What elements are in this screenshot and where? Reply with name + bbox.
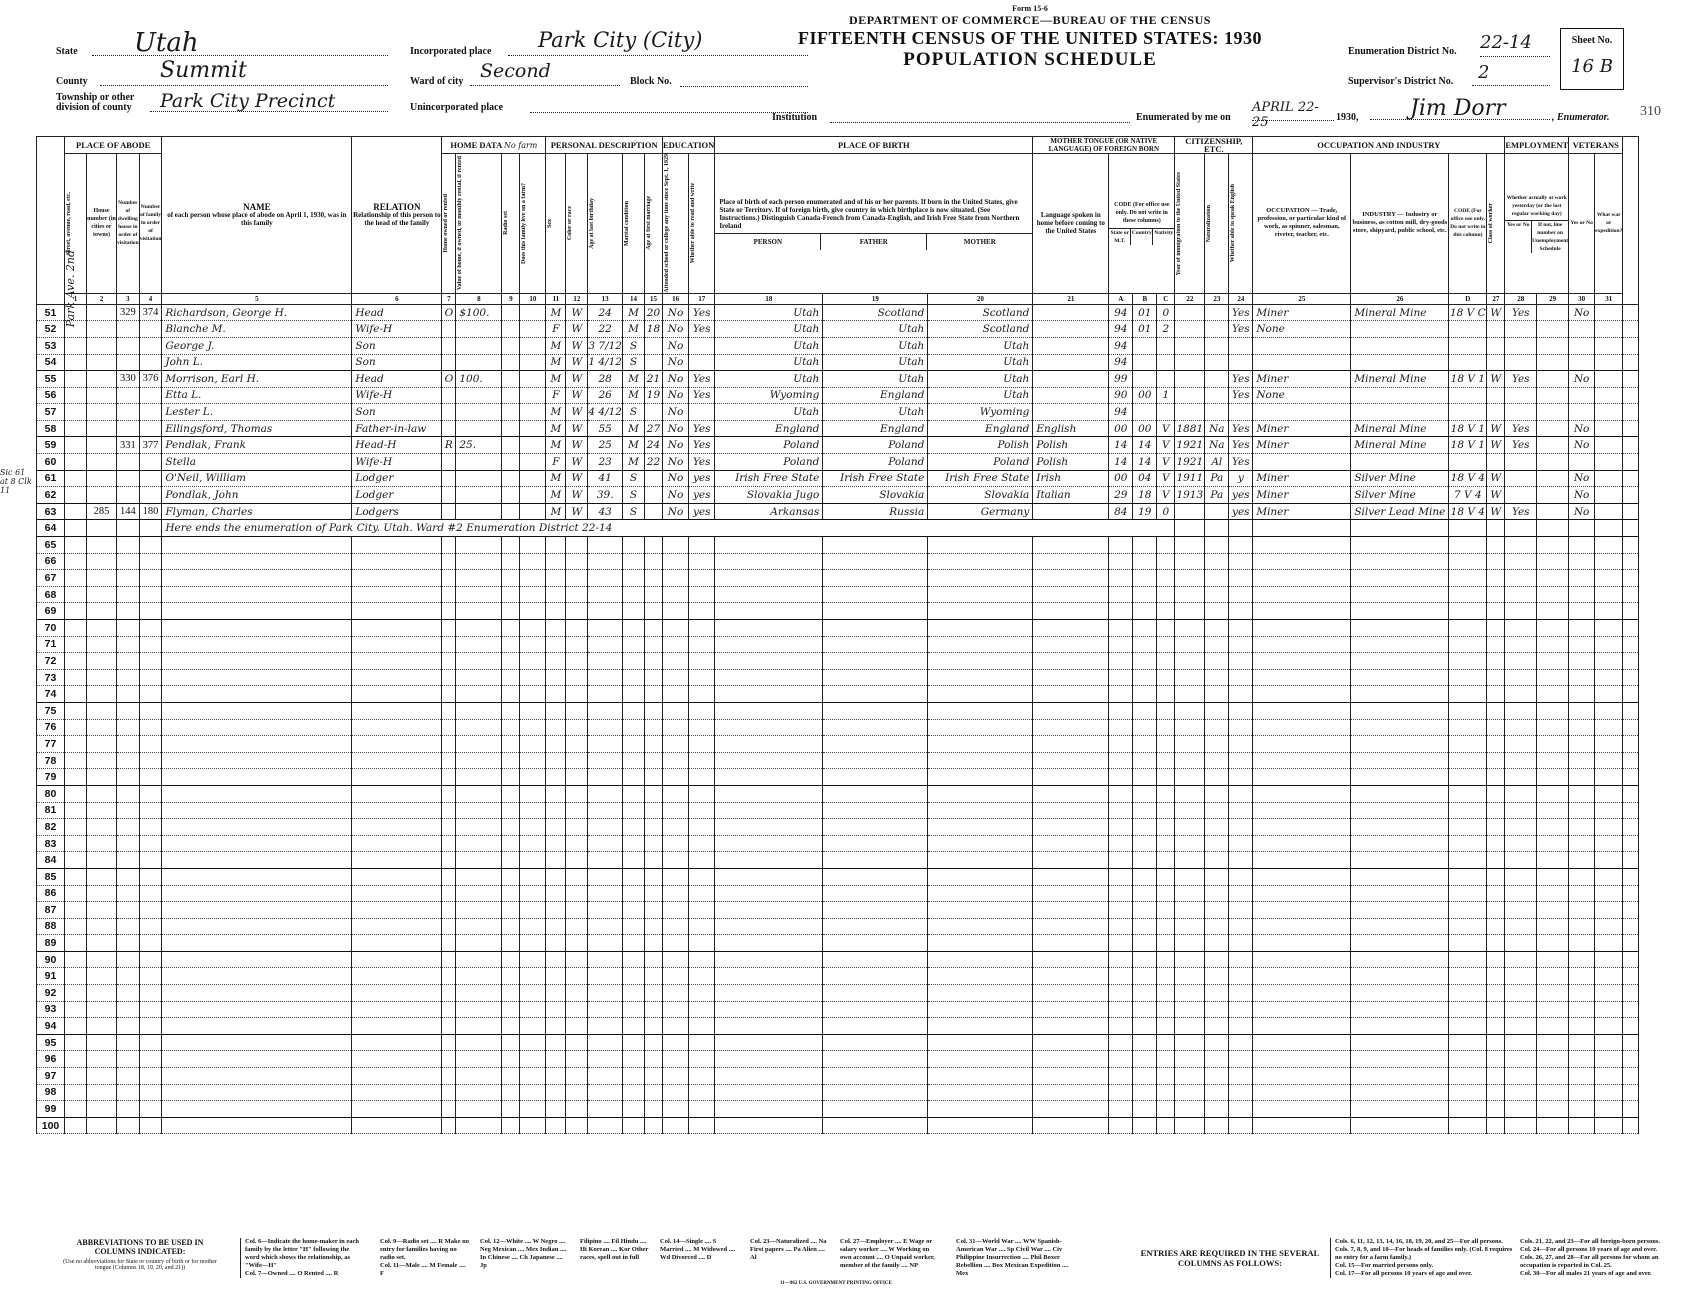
empty-cell — [162, 736, 352, 753]
immigration-cell: 1921 — [1175, 437, 1205, 454]
empty-cell — [1175, 985, 1205, 1002]
empty-cell — [715, 868, 823, 885]
empty-cell — [1505, 1034, 1537, 1051]
empty-cell — [139, 1018, 162, 1035]
empty-cell — [442, 885, 456, 902]
empty-cell — [689, 702, 715, 719]
occ-code-cell — [1449, 337, 1487, 354]
code-b-cell: 00 — [1133, 387, 1157, 404]
empty-cell — [456, 1018, 502, 1035]
empty-cell — [1505, 935, 1537, 952]
empty-cell — [1133, 603, 1157, 620]
empty-cell — [520, 1001, 546, 1018]
empty-cell — [65, 520, 87, 537]
empty-cell — [1175, 935, 1205, 952]
empty-cell — [456, 702, 502, 719]
table-row: 59331377Pendlak, FrankHead-HR25.MW25M24N… — [37, 437, 1661, 454]
english-cell: y — [1229, 470, 1253, 487]
c32-cell — [1623, 321, 1639, 338]
empty-cell — [117, 537, 140, 554]
age-marriage-cell — [644, 337, 662, 354]
empty-cell — [622, 769, 644, 786]
empty-cell — [456, 1001, 502, 1018]
empty-cell — [689, 951, 715, 968]
empty-cell — [546, 1084, 566, 1101]
immigration-head: Year of immigration to the United States — [1175, 154, 1205, 294]
empty-cell — [1033, 586, 1109, 603]
empty-cell — [823, 902, 928, 919]
read-cell: Yes — [689, 371, 715, 388]
empty-cell — [442, 620, 456, 637]
empty-cell — [928, 935, 1033, 952]
empty-cell — [588, 1034, 623, 1051]
dwelling-cell — [117, 487, 140, 504]
empty-cell — [566, 620, 588, 637]
personal-group-head: PERSONAL DESCRIPTION — [546, 137, 663, 154]
birth-person-cell: Irish Free State — [715, 470, 823, 487]
radio-cell — [502, 321, 520, 338]
industry-head: INDUSTRY — Industry or business, as cott… — [1351, 154, 1449, 294]
line-number: 71 — [37, 636, 65, 653]
empty-cell — [662, 868, 688, 885]
english-cell: Yes — [1229, 321, 1253, 338]
table-row: 62Pondlak, JohnLodgerMW39.SNoyesSlovakia… — [37, 487, 1661, 504]
empty-cell — [502, 653, 520, 670]
birth-person-cell: Utah — [715, 404, 823, 421]
age-cell: 25 — [588, 437, 623, 454]
empty-cell — [662, 669, 688, 686]
age-cell: 4 4/12 — [588, 404, 623, 421]
relation-cell: Wife-H — [352, 321, 442, 338]
empty-cell — [162, 902, 352, 919]
empty-cell — [1505, 653, 1537, 670]
empty-cell — [715, 785, 823, 802]
empty-cell — [139, 603, 162, 620]
empty-cell — [1505, 1068, 1537, 1085]
dwelling-cell — [117, 404, 140, 421]
war-cell — [1595, 454, 1623, 471]
empty-cell — [1033, 1001, 1109, 1018]
empty-cell — [823, 819, 928, 836]
empty-cell — [662, 1051, 688, 1068]
empty-cell — [87, 669, 117, 686]
empty-cell — [1157, 885, 1175, 902]
table-row: 57Lester L.SonMW4 4/12SNoUtahUtahWyoming… — [37, 404, 1661, 421]
empty-cell — [1505, 902, 1537, 919]
code-c-cell: V — [1157, 420, 1175, 437]
empty-cell — [622, 968, 644, 985]
empty-cell — [689, 968, 715, 985]
empty-cell — [520, 852, 546, 869]
empty-cell — [823, 868, 928, 885]
empty-cell — [1595, 968, 1623, 985]
language-cell: Irish — [1033, 470, 1109, 487]
empty-cell — [644, 819, 662, 836]
empty-cell — [1109, 1051, 1133, 1068]
empty-cell — [1595, 702, 1623, 719]
street-cell — [65, 454, 87, 471]
empty-cell — [1569, 1117, 1595, 1134]
empty-cell — [1133, 686, 1157, 703]
empty-cell — [442, 968, 456, 985]
occ-code-cell — [1449, 354, 1487, 371]
table-row: 83 — [37, 835, 1661, 852]
empty-cell — [644, 553, 662, 570]
empty-cell — [139, 686, 162, 703]
empty-cell — [87, 719, 117, 736]
age-cell: 24 — [588, 304, 623, 321]
empty-cell — [715, 985, 823, 1002]
read-cell — [689, 354, 715, 371]
line-number: 74 — [37, 686, 65, 703]
empty-cell — [588, 769, 623, 786]
empty-cell — [1595, 1084, 1623, 1101]
unemp-line-cell — [1537, 304, 1569, 321]
empty-cell — [117, 968, 140, 985]
table-row: 81 — [37, 802, 1661, 819]
empty-cell — [1351, 885, 1449, 902]
empty-cell — [502, 1117, 520, 1134]
empty-cell — [1569, 719, 1595, 736]
empty-cell — [1449, 702, 1487, 719]
empty-cell — [162, 702, 352, 719]
name-cell: Etta L. — [162, 387, 352, 404]
empty-cell — [87, 1001, 117, 1018]
line-number: 99 — [37, 1101, 65, 1118]
empty-cell — [117, 1068, 140, 1085]
code-a-cell: 14 — [1109, 437, 1133, 454]
empty-cell — [442, 603, 456, 620]
empty-cell — [1109, 1034, 1133, 1051]
empty-cell — [442, 802, 456, 819]
line-number: 52 — [37, 321, 65, 338]
empty-cell — [1205, 918, 1229, 935]
empty-cell — [566, 1068, 588, 1085]
empty-cell — [1229, 553, 1253, 570]
empty-cell — [502, 620, 520, 637]
empty-cell — [1033, 603, 1109, 620]
relation-group-head: RELATIONRelationship of this person to t… — [352, 137, 442, 294]
empty-cell — [1487, 835, 1505, 852]
empty-cell — [566, 819, 588, 836]
empty-cell — [1595, 1001, 1623, 1018]
enumerator-signature: Jim Dorr — [1370, 96, 1550, 120]
line-number: 61 — [37, 470, 65, 487]
empty-cell — [65, 951, 87, 968]
empty-cell — [1351, 553, 1449, 570]
empty-cell — [662, 819, 688, 836]
empty-cell — [502, 586, 520, 603]
empty-cell — [502, 802, 520, 819]
war-cell — [1595, 354, 1623, 371]
empty-cell — [1537, 669, 1569, 686]
empty-cell — [87, 852, 117, 869]
naturalization-cell: Pa — [1205, 470, 1229, 487]
empty-cell — [1487, 702, 1505, 719]
empty-cell — [715, 968, 823, 985]
empty-cell — [662, 1101, 688, 1118]
code-a-cell: 00 — [1109, 420, 1133, 437]
table-row: 98 — [37, 1084, 1661, 1101]
empty-cell — [442, 769, 456, 786]
empty-cell — [442, 1034, 456, 1051]
code-c-cell: 0 — [1157, 503, 1175, 520]
value-cell — [456, 454, 502, 471]
code-a-cell: 29 — [1109, 487, 1133, 504]
empty-cell — [1595, 951, 1623, 968]
empty-cell — [823, 769, 928, 786]
state-value: Utah — [92, 28, 388, 56]
empty-cell — [162, 785, 352, 802]
empty-cell — [456, 918, 502, 935]
empty-cell — [1229, 835, 1253, 852]
value-cell — [456, 337, 502, 354]
empty-cell — [162, 852, 352, 869]
empty-cell — [162, 918, 352, 935]
farm-cell — [520, 420, 546, 437]
birth-person-cell: Poland — [715, 437, 823, 454]
empty-cell — [1623, 570, 1639, 587]
relation-cell: Lodger — [352, 470, 442, 487]
house-cell — [87, 304, 117, 321]
empty-cell — [644, 1034, 662, 1051]
empty-cell — [1505, 620, 1537, 637]
empty-cell — [1449, 819, 1487, 836]
line-number: 84 — [37, 852, 65, 869]
empty-cell — [162, 769, 352, 786]
immigration-cell: 1881 — [1175, 420, 1205, 437]
table-row: 97 — [37, 1068, 1661, 1085]
empty-cell — [715, 702, 823, 719]
birth-father-cell: England — [823, 387, 928, 404]
empty-cell — [117, 603, 140, 620]
empty-cell — [1157, 835, 1175, 852]
empty-cell — [1449, 1034, 1487, 1051]
naturalization-cell — [1205, 337, 1229, 354]
empty-cell — [1595, 1051, 1623, 1068]
empty-cell — [689, 752, 715, 769]
immigration-cell — [1175, 404, 1205, 421]
empty-cell — [1505, 885, 1537, 902]
empty-cell — [1109, 785, 1133, 802]
empty-cell — [662, 570, 688, 587]
sex-cell: F — [546, 387, 566, 404]
code-a-cell: 94 — [1109, 321, 1133, 338]
empty-cell — [352, 1051, 442, 1068]
empty-cell — [689, 852, 715, 869]
empty-cell — [442, 570, 456, 587]
empty-cell — [65, 702, 87, 719]
empty-cell — [1175, 553, 1205, 570]
tongue-group-head: MOTHER TONGUE (OR NATIVE LANGUAGE) OF FO… — [1033, 137, 1175, 154]
empty-cell — [1595, 752, 1623, 769]
english-cell — [1229, 404, 1253, 421]
table-row: 68 — [37, 586, 1661, 603]
english-cell: Yes — [1229, 420, 1253, 437]
farm-cell — [520, 304, 546, 321]
empty-cell — [662, 1084, 688, 1101]
industry-cell: Mineral Mine — [1351, 304, 1449, 321]
empty-cell — [644, 1101, 662, 1118]
school-cell: No — [662, 337, 688, 354]
war-cell — [1595, 503, 1623, 520]
empty-cell — [1623, 835, 1639, 852]
empty-cell — [566, 736, 588, 753]
empty-cell — [456, 835, 502, 852]
empty-cell — [588, 603, 623, 620]
empty-cell — [1537, 520, 1569, 537]
sex-cell: F — [546, 454, 566, 471]
empty-cell — [456, 1117, 502, 1134]
class-cell: W — [1487, 437, 1505, 454]
footer-col23: Col. 23—Naturalized .... Na First papers… — [750, 1238, 830, 1262]
empty-cell — [1109, 686, 1133, 703]
empty-cell — [1595, 686, 1623, 703]
empty-cell — [546, 785, 566, 802]
sex-cell: M — [546, 420, 566, 437]
population-schedule-table: PLACE OF ABODE NAMEof each person whose … — [36, 136, 1661, 1134]
empty-cell — [1449, 1051, 1487, 1068]
industry-cell: Mineral Mine — [1351, 371, 1449, 388]
empty-cell — [644, 852, 662, 869]
empty-cell — [928, 1068, 1033, 1085]
empty-cell — [1133, 570, 1157, 587]
empty-cell — [546, 702, 566, 719]
empty-cell — [622, 918, 644, 935]
empty-cell — [1595, 1034, 1623, 1051]
immigration-cell: 1921 — [1175, 454, 1205, 471]
enumeration-end-note: Here ends the enumeration of Park City. … — [162, 520, 1175, 537]
empty-cell — [689, 1034, 715, 1051]
occ-code-head: CODE (For office use only. Do not write … — [1449, 154, 1487, 294]
empty-cell — [442, 1051, 456, 1068]
empty-cell — [1033, 769, 1109, 786]
vet-war-head: What war or expedition? — [1595, 154, 1623, 294]
naturalization-cell — [1205, 503, 1229, 520]
empty-cell — [644, 935, 662, 952]
empty-cell — [456, 537, 502, 554]
empty-cell — [588, 885, 623, 902]
empty-cell — [823, 653, 928, 670]
line-number: 97 — [37, 1068, 65, 1085]
empty-cell — [139, 752, 162, 769]
table-row: 54John L.SonMW1 4/12SNoUtahUtahUtah94 — [37, 354, 1661, 371]
footer-col9: Col. 9—Radio set .... R Make no entry fo… — [380, 1238, 470, 1278]
empty-cell — [117, 669, 140, 686]
empty-cell — [1569, 819, 1595, 836]
empty-cell — [689, 1084, 715, 1101]
industry-cell: Silver Mine — [1351, 487, 1449, 504]
occ-code-cell: 18 V 4 — [1449, 470, 1487, 487]
empty-cell — [689, 819, 715, 836]
employed-cell — [1505, 470, 1537, 487]
empty-cell — [1175, 785, 1205, 802]
empty-cell — [566, 603, 588, 620]
empty-cell — [1175, 736, 1205, 753]
empty-cell — [352, 885, 442, 902]
dwelling-cell — [117, 354, 140, 371]
empty-cell — [689, 1117, 715, 1134]
empty-cell — [622, 902, 644, 919]
line-number: 85 — [37, 868, 65, 885]
empty-cell — [622, 785, 644, 802]
school-cell: No — [662, 454, 688, 471]
empty-cell — [502, 769, 520, 786]
empty-cell — [662, 736, 688, 753]
empty-cell — [622, 1117, 644, 1134]
empty-cell — [1229, 537, 1253, 554]
empty-cell — [139, 570, 162, 587]
empty-cell — [1537, 586, 1569, 603]
empty-cell — [1253, 719, 1351, 736]
empty-cell — [65, 918, 87, 935]
empty-cell — [442, 902, 456, 919]
empty-cell — [117, 520, 140, 537]
empty-cell — [1205, 1018, 1229, 1035]
empty-cell — [1351, 1001, 1449, 1018]
occ-code-cell: 7 V 4 — [1449, 487, 1487, 504]
class-cell — [1487, 321, 1505, 338]
empty-cell — [1449, 1001, 1487, 1018]
empty-cell — [1487, 537, 1505, 554]
empty-cell — [566, 1084, 588, 1101]
empty-cell — [823, 852, 928, 869]
line-number: 72 — [37, 653, 65, 670]
occupation-cell — [1253, 354, 1351, 371]
empty-cell — [1505, 603, 1537, 620]
empty-cell — [352, 570, 442, 587]
empty-cell — [139, 719, 162, 736]
line-number: 100 — [37, 1117, 65, 1134]
empty-cell — [162, 835, 352, 852]
empty-cell — [352, 902, 442, 919]
english-cell — [1229, 354, 1253, 371]
empty-cell — [1033, 985, 1109, 1002]
empty-cell — [566, 951, 588, 968]
empty-cell — [1351, 852, 1449, 869]
language-cell: Polish — [1033, 437, 1109, 454]
empty-cell — [65, 669, 87, 686]
empty-cell — [715, 1117, 823, 1134]
radio-cell — [502, 503, 520, 520]
empty-cell — [442, 852, 456, 869]
empty-cell — [1623, 968, 1639, 985]
empty-cell — [1449, 918, 1487, 935]
empty-cell — [1133, 1051, 1157, 1068]
table-row: 64Here ends the enumeration of Park City… — [37, 520, 1661, 537]
empty-cell — [442, 702, 456, 719]
employed-cell — [1505, 321, 1537, 338]
empty-cell — [1133, 752, 1157, 769]
empty-cell — [1205, 1051, 1229, 1068]
empty-cell — [1253, 570, 1351, 587]
read-cell — [689, 337, 715, 354]
empty-cell — [1109, 868, 1133, 885]
empty-cell — [1569, 785, 1595, 802]
table-row: 78 — [37, 752, 1661, 769]
empty-cell — [352, 1034, 442, 1051]
home-data-group-head: HOME DATA No farm — [442, 137, 546, 154]
language-cell: Italian — [1033, 487, 1109, 504]
empty-cell — [1033, 802, 1109, 819]
empty-cell — [1175, 752, 1205, 769]
sheet-value: 16 B — [1561, 56, 1623, 77]
table-row: 70 — [37, 620, 1661, 637]
empty-cell — [1253, 1084, 1351, 1101]
empty-cell — [1175, 636, 1205, 653]
table-row: 86 — [37, 885, 1661, 902]
street-cell — [65, 503, 87, 520]
